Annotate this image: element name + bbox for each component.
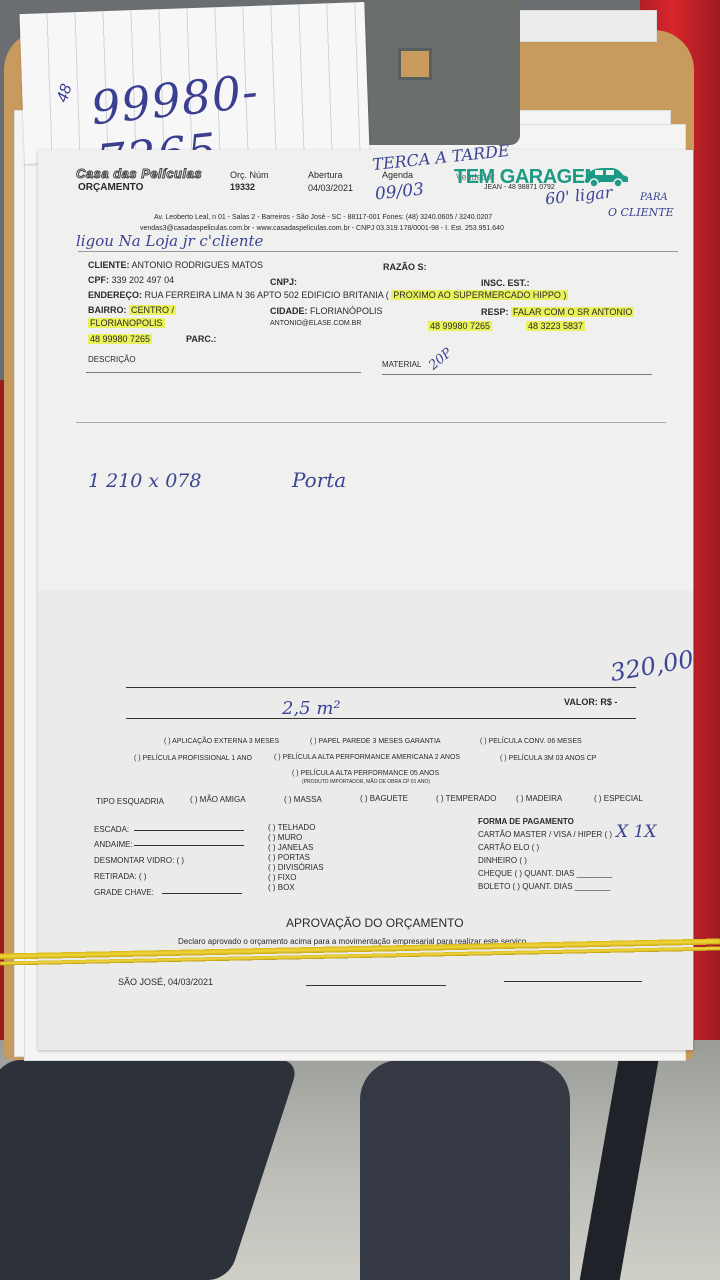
razao-label: RAZÃO S: bbox=[383, 262, 427, 272]
endereco-value: RUA FERREIRA LIMA N 36 APTO 502 EDIFICIO… bbox=[145, 290, 389, 300]
phone-2: 48 3223 5837 bbox=[526, 321, 585, 331]
cliente-row: CLIENTE: ANTONIO RODRIGUES MATOS bbox=[88, 260, 263, 270]
insc-est-label: INSC. EST.: bbox=[481, 278, 530, 288]
service-note: (PRODUTO IMPORTADOR, MÃO DE OBRA CP 01 A… bbox=[302, 779, 430, 785]
handwriting-item-desc: Porta bbox=[292, 468, 346, 492]
location-option: ( ) FIXO bbox=[268, 873, 296, 882]
esquadria-option: ( ) TEMPERADO bbox=[436, 794, 496, 803]
extra-andaime: ANDAIME: bbox=[94, 840, 133, 849]
value-line-2 bbox=[126, 718, 636, 719]
payment-option: DINHEIRO ( ) bbox=[478, 856, 527, 865]
handwriting-para: PARA bbox=[640, 192, 668, 203]
brand-logo: Casa das Películas bbox=[76, 166, 202, 181]
handwriting-ligou-na-loja: ligou Na Loja jr c'cliente bbox=[76, 232, 263, 250]
phone-1: 48 99980 7265 bbox=[428, 321, 492, 331]
orc-num-label: Orç. Núm bbox=[230, 170, 269, 180]
payment-title: FORMA DE PAGAMENTO bbox=[478, 817, 574, 826]
cidade-value: FLORIANÓPOLIS bbox=[310, 306, 383, 316]
location-option: ( ) BOX bbox=[268, 883, 295, 892]
company-address: Av. Leoberto Leal, n 01 - Salas 2 - Barr… bbox=[154, 214, 492, 221]
doc-type: ORÇAMENTO bbox=[78, 182, 143, 193]
service-option: ( ) PAPEL PAREDE 3 MESES GARANTIA bbox=[310, 738, 441, 745]
extra-retirada: RETIRADA: ( ) bbox=[94, 872, 146, 881]
endereco-reference: PROXIMO AO SUPERMERCADO HIPPO ) bbox=[391, 290, 568, 300]
location-option: ( ) TELHADO bbox=[268, 823, 315, 832]
extra-grade-chave: GRADE CHAVE: bbox=[94, 888, 154, 897]
descricao-label: DESCRIÇÃO bbox=[88, 355, 136, 364]
divider bbox=[76, 422, 666, 423]
company-contact: vendas3@casadaspeliculas.com.br - www.ca… bbox=[140, 225, 504, 232]
service-option: ( ) APLICAÇÃO EXTERNA 3 MESES bbox=[164, 738, 279, 745]
location-option: ( ) PORTAS bbox=[268, 853, 310, 862]
bairro-row: BAIRRO: CENTRO / bbox=[88, 305, 176, 315]
abertura-value: 04/03/2021 bbox=[308, 183, 353, 193]
value-line-1 bbox=[126, 687, 636, 688]
esquadria-option: ( ) ESPECIAL bbox=[594, 794, 643, 803]
service-option: ( ) PELÍCULA PROFISSIONAL 1 ANO bbox=[134, 755, 252, 762]
resp-value: FALAR COM O SR ANTONIO bbox=[511, 307, 634, 317]
andaime-line bbox=[134, 845, 244, 846]
extra-escada: ESCADA: bbox=[94, 825, 129, 834]
abertura-label: Abertura bbox=[308, 170, 343, 180]
esquadria-label: TIPO ESQUADRIA bbox=[96, 797, 164, 806]
descricao-line bbox=[86, 372, 361, 373]
esquadria-option: ( ) BAGUETE bbox=[360, 794, 408, 803]
payment-option: CARTÃO ELO ( ) bbox=[478, 843, 539, 852]
cidade-row: CIDADE: FLORIANÓPOLIS bbox=[270, 306, 383, 316]
payment-option: CARTÃO MASTER / VISA / HIPER ( ) bbox=[478, 830, 612, 839]
esquadria-option: ( ) MASSA bbox=[284, 795, 322, 804]
esquadria-option: ( ) MADEIRA bbox=[516, 794, 562, 803]
material-label: MATERIAL bbox=[382, 360, 421, 369]
payment-option: BOLETO ( ) QUANT. DIAS ________ bbox=[478, 882, 610, 891]
location-option: ( ) MURO bbox=[268, 833, 302, 842]
grade-chave-line bbox=[162, 893, 242, 894]
endereco-row: ENDEREÇO: RUA FERREIRA LIMA N 36 APTO 50… bbox=[88, 290, 568, 300]
material-line bbox=[382, 374, 652, 375]
service-option: ( ) PELÍCULA ALTA PERFORMANCE AMERICANA … bbox=[274, 754, 460, 761]
resp-row: RESP: FALAR COM O SR ANTONIO bbox=[481, 307, 634, 317]
email-value: ANTONIO@ELASE.COM.BR bbox=[270, 320, 361, 327]
service-option: ( ) PELÍCULA CONV. 06 MESES bbox=[480, 738, 582, 745]
place-date: SÃO JOSÉ, 04/03/2021 bbox=[118, 977, 213, 987]
handwriting-area: 2,5 m² bbox=[282, 698, 341, 719]
payment-option: CHEQUE ( ) QUANT. DIAS ________ bbox=[478, 869, 612, 878]
bairro-value: CENTRO / bbox=[129, 305, 176, 315]
note-area-code: 48 bbox=[54, 82, 77, 104]
quote-form: Casa das Películas ORÇAMENTO Orç. Núm 19… bbox=[38, 150, 693, 1050]
extra-desmontar-vidro: DESMONTAR VIDRO: ( ) bbox=[94, 856, 184, 865]
handwriting-o-cliente: O CLIENTE bbox=[608, 206, 674, 219]
esquadria-option: ( ) MÃO AMIGA bbox=[190, 795, 246, 804]
service-option: ( ) PELÍCULA 3M 03 ANOS CP bbox=[500, 755, 596, 762]
divider bbox=[78, 251, 678, 252]
cpf-row: CPF: 339 202 497 04 bbox=[88, 275, 174, 285]
handwriting-payment-mark: X 1X bbox=[616, 822, 656, 842]
valor-label: VALOR: R$ - bbox=[564, 697, 617, 707]
clip-slot bbox=[398, 48, 432, 80]
parc-label: PARC.: bbox=[186, 334, 216, 344]
cpf-value: 339 202 497 04 bbox=[112, 275, 175, 285]
service-option: ( ) PELÍCULA ALTA PERFORMANCE 05 ANOS bbox=[292, 770, 439, 777]
location-option: ( ) DIVISÓRIAS bbox=[268, 863, 324, 872]
phone-3: 48 99980 7265 bbox=[88, 334, 152, 344]
approval-title: APROVAÇÃO DO ORÇAMENTO bbox=[286, 916, 464, 930]
clipboard-clip bbox=[350, 0, 520, 145]
escada-line bbox=[134, 830, 244, 831]
signature-line-1 bbox=[306, 985, 446, 986]
cnpj-label: CNPJ: bbox=[270, 277, 297, 287]
bairro-value-2: FLORIANOPOLIS bbox=[88, 318, 165, 328]
location-option: ( ) JANELAS bbox=[268, 843, 313, 852]
sticky-note: 48 99980-7265 bbox=[19, 2, 369, 164]
handwriting-item-size: 1 210 x 078 bbox=[88, 470, 201, 492]
signature-line-2 bbox=[504, 981, 642, 982]
cliente-value: ANTONIO RODRIGUES MATOS bbox=[132, 260, 264, 270]
orc-num-value: 19332 bbox=[230, 182, 255, 192]
person-leg-right bbox=[360, 1060, 570, 1280]
